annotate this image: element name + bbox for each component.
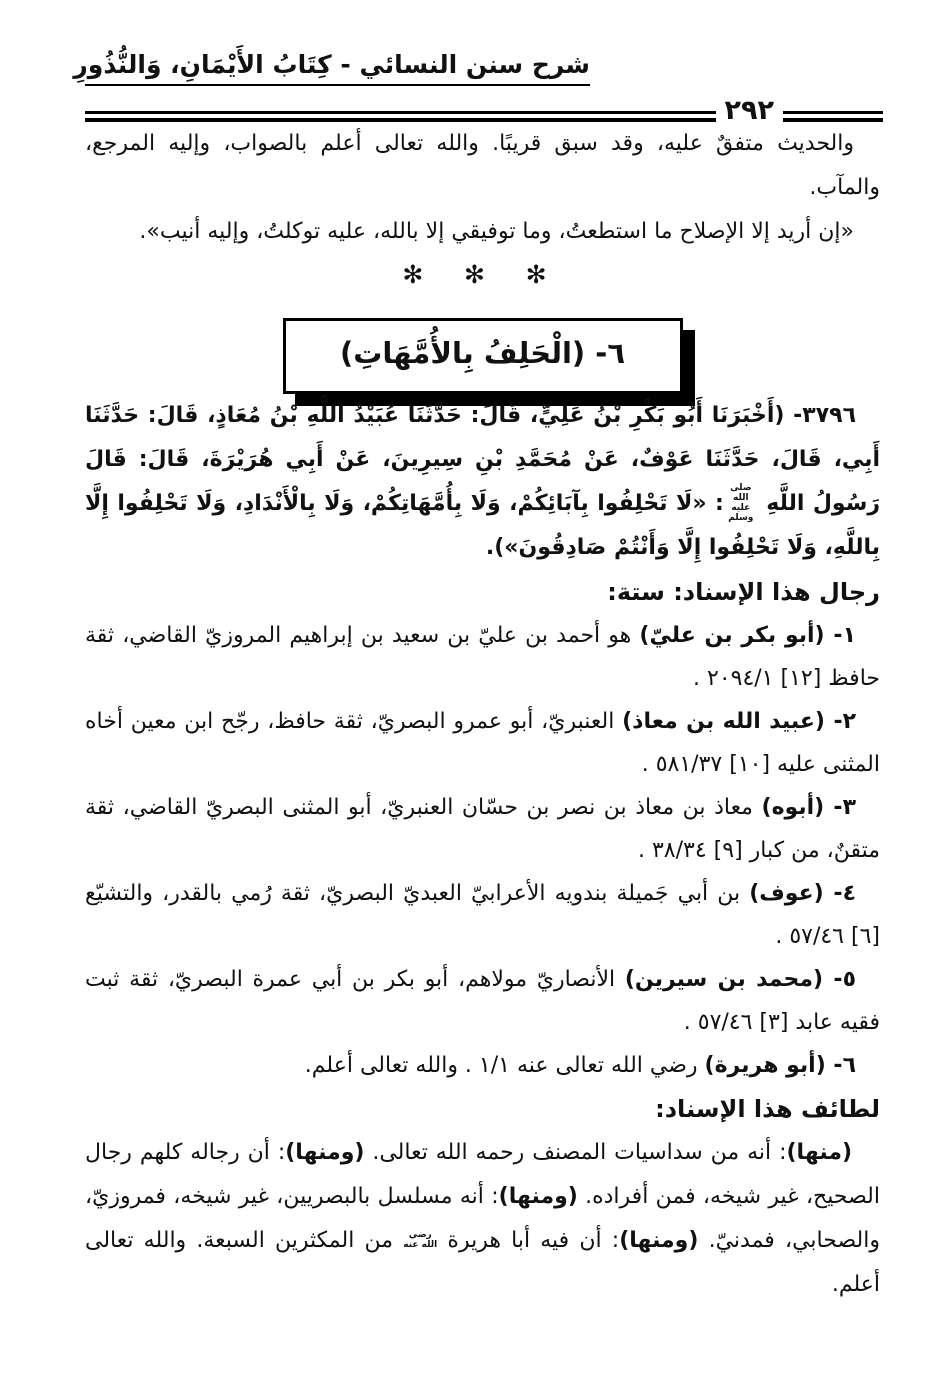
page-number: ٢٩٢ [716, 97, 783, 124]
page-content: والحديث متفقٌ عليه، وقد سبق قريبًا. والل… [85, 122, 880, 1307]
hadith-paragraph: ٣٧٩٦- (أَخْبَرَنَا أَبُو بَكْرِ بْنُ عَل… [85, 394, 880, 570]
rijal-item-number: ٢- [825, 709, 856, 734]
lataif-label: (ومنها) [285, 1140, 364, 1165]
header-rule-segment-right [783, 111, 883, 122]
lataif-text: : أن فيه أبا هريرة [437, 1228, 619, 1253]
narrator-name: (أبو هريرة) [705, 1053, 826, 1078]
header-rule: ٢٩٢ [85, 97, 883, 122]
radi-allahu-anhu-honorific: رضي الله عنه [403, 1231, 437, 1251]
narrator-name: (عبيد الله بن معاذ) [622, 709, 825, 734]
lataif-label: (منها) [787, 1140, 853, 1165]
narrator-bio: رضي الله تعالى عنه ١/١ . والله تعالى أعل… [305, 1053, 705, 1078]
book-header-title: شرح سنن النسائي - كِتَابُ الأَيْمَانِ، و… [85, 50, 590, 86]
lataif-label: (ومنها) [499, 1184, 578, 1209]
section-divider-stars: ✻ ✻ ✻ [85, 256, 880, 294]
rijal-item-number: ١- [825, 623, 856, 648]
narrator-name: (عوف) [749, 881, 824, 906]
lataif-label: (ومنها) [619, 1228, 698, 1253]
book-page: شرح سنن النسائي - كِتَابُ الأَيْمَانِ، و… [0, 0, 943, 1374]
quran-quote-paragraph: «إن أريد إلا الإصلاح ما استطعتُ، وما توف… [85, 210, 880, 254]
narrator-name: (أبوه) [762, 795, 825, 820]
narrator-name: (أبو بكر بن عليّ) [639, 623, 824, 648]
lataif-section-heading: لطائف هذا الإسناد: [85, 1087, 880, 1131]
narrator-name: (محمد بن سيرين) [625, 967, 823, 992]
rijal-item-2: ٢- (عبيد الله بن معاذ) العنبريّ، أبو عمر… [85, 700, 880, 786]
rijal-item-6: ٦- (أبو هريرة) رضي الله تعالى عنه ١/١ . … [85, 1044, 880, 1087]
rijal-item-number: ٥- [823, 967, 856, 992]
rijal-item-3: ٣- (أبوه) معاذ بن معاذ بن نصر بن حسّان ا… [85, 786, 880, 872]
chapter-title-box: ٦- (الْحَلِفُ بِالأُمَّهَاتِ) [283, 318, 683, 394]
rijal-item-1: ١- (أبو بكر بن عليّ) هو أحمد بن عليّ بن … [85, 614, 880, 700]
rijal-item-number: ٤- [824, 881, 856, 906]
header-rule-segment-left [85, 111, 716, 122]
lataif-paragraph: (منها): أنه من سداسيات المصنف رحمه الله … [85, 1131, 880, 1307]
lataif-text: : أنه من سداسيات المصنف رحمه الله تعالى. [364, 1140, 786, 1165]
chapter-title: ٦- (الْحَلِفُ بِالأُمَّهَاتِ) [294, 336, 672, 370]
rijal-item-number: ٣- [824, 795, 856, 820]
pbuh-honorific: صلى الله عليه وسلم [724, 484, 758, 524]
rijal-item-number: ٦- [826, 1053, 856, 1078]
rijal-section-heading: رجال هذا الإسناد: ستة: [85, 570, 880, 614]
rijal-item-4: ٤- (عوف) بن أبي جَميلة بندويه الأعرابيّ … [85, 872, 880, 958]
rijal-item-5: ٥- (محمد بن سيرين) الأنصاريّ مولاهم، أبو… [85, 958, 880, 1044]
closing-commentary-paragraph: والحديث متفقٌ عليه، وقد سبق قريبًا. والل… [85, 122, 880, 210]
